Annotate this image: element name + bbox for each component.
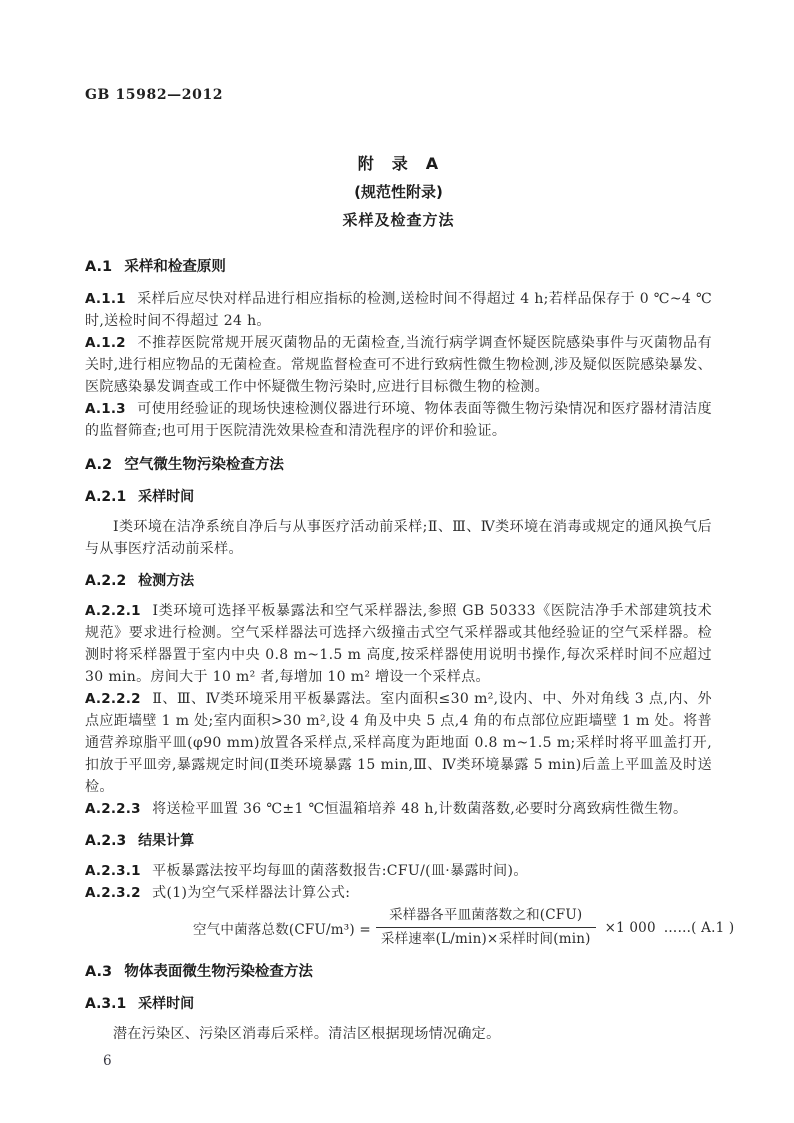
- heading-a2-1-number: A.2.1: [85, 489, 126, 505]
- heading-a3-1-number: A.3.1: [85, 996, 126, 1012]
- clause-a2-3-1-text: 平板暴露法按平均每皿的菌落数报告:CFU/(皿·暴露时间)。: [152, 863, 528, 879]
- clause-a2-2-3-text: 将送检平皿置 36 ℃±1 ℃恒温箱培养 48 h,计数菌落数,必要时分离致病性…: [152, 801, 687, 817]
- heading-a1: A.1采样和检查原则: [85, 256, 712, 278]
- paragraph-a2-1-body: Ⅰ类环境在洁净系统自净后与从事医疗活动前采样;Ⅱ、Ⅲ、Ⅳ类环境在消毒或规定的通风…: [85, 516, 712, 560]
- formula-numerator: 采样器各平皿菌落数之和(CFU): [376, 906, 596, 928]
- clause-a2-2-1-number: A.2.2.1: [85, 603, 141, 619]
- clause-a2-3-2-number: A.2.3.2: [85, 885, 141, 901]
- formula-multiplier: ×1 000: [605, 920, 656, 936]
- clause-a1-1: A.1.1采样后应尽快对样品进行相应指标的检测,送检时间不得超过 4 h;若样品…: [85, 288, 712, 332]
- heading-a2: A.2空气微生物污染检查方法: [85, 454, 712, 476]
- standard-number: GB 15982—2012: [85, 86, 712, 104]
- clause-a2-2-3: A.2.2.3将送检平皿置 36 ℃±1 ℃恒温箱培养 48 h,计数菌落数,必…: [85, 798, 712, 820]
- clause-a1-1-number: A.1.1: [85, 291, 126, 307]
- heading-a2-2: A.2.2检测方法: [85, 570, 712, 592]
- heading-a2-2-number: A.2.2: [85, 573, 126, 589]
- clause-a2-2-2-number: A.2.2.2: [85, 691, 141, 707]
- page-number: 6: [103, 1053, 712, 1069]
- appendix-subtitle: (规范性附录): [85, 178, 712, 206]
- clause-a2-2-3-number: A.2.2.3: [85, 801, 141, 817]
- clause-a2-2-1: A.2.2.1Ⅰ类环境可选择平板暴露法和空气采样器法,参照 GB 50333《医…: [85, 600, 712, 688]
- clause-a2-3-2: A.2.3.2式(1)为空气采样器法计算公式:: [85, 882, 712, 904]
- appendix-name: 采样及检查方法: [85, 206, 712, 234]
- formula-lhs: 空气中菌落总数(CFU/m³) =: [193, 918, 371, 938]
- clause-a1-2-number: A.1.2: [85, 335, 126, 351]
- clause-a1-3-number: A.1.3: [85, 401, 126, 417]
- heading-a2-3: A.2.3结果计算: [85, 830, 712, 852]
- heading-a1-number: A.1: [85, 259, 112, 275]
- heading-a3-title: 物体表面微生物污染检查方法: [124, 964, 313, 980]
- formula-denominator: 采样速率(L/min)×采样时间(min): [376, 928, 596, 949]
- heading-a3-1-title: 采样时间: [138, 996, 194, 1012]
- formula-equation-label: ……( A.1 ): [664, 920, 735, 936]
- clause-a2-2-2: A.2.2.2Ⅱ、Ⅲ、Ⅳ类环境采用平板暴露法。室内面积≤30 m²,设内、中、外…: [85, 688, 712, 798]
- heading-a2-2-title: 检测方法: [138, 573, 194, 589]
- heading-a2-1: A.2.1采样时间: [85, 486, 712, 508]
- heading-a2-1-title: 采样时间: [138, 489, 194, 505]
- paragraph-a3-1-body: 潜在污染区、污染区消毒后采样。清洁区根据现场情况确定。: [85, 1023, 712, 1045]
- formula-a1-equation: 空气中菌落总数(CFU/m³) = 采样器各平皿菌落数之和(CFU) 采样速率(…: [85, 906, 712, 949]
- heading-a2-3-number: A.2.3: [85, 833, 126, 849]
- clause-a2-2-2-text: Ⅱ、Ⅲ、Ⅳ类环境采用平板暴露法。室内面积≤30 m²,设内、中、外对角线 3 点…: [85, 691, 712, 795]
- heading-a3: A.3物体表面微生物污染检查方法: [85, 961, 712, 983]
- clause-a2-3-1: A.2.3.1平板暴露法按平均每皿的菌落数报告:CFU/(皿·暴露时间)。: [85, 860, 712, 882]
- clause-a2-3-1-number: A.2.3.1: [85, 863, 141, 879]
- document-page: GB 15982—2012 附 录 A (规范性附录) 采样及检查方法 A.1采…: [0, 0, 794, 1123]
- clause-a2-2-1-text: Ⅰ类环境可选择平板暴露法和空气采样器法,参照 GB 50333《医院洁净手术部建…: [85, 603, 712, 685]
- heading-a1-title: 采样和检查原则: [124, 259, 226, 275]
- heading-a2-number: A.2: [85, 457, 112, 473]
- appendix-title-block: 附 录 A (规范性附录) 采样及检查方法: [85, 150, 712, 234]
- clause-a1-3-text: 可使用经验证的现场快速检测仪器进行环境、物体表面等微生物污染情况和医疗器材清洁度…: [85, 401, 712, 439]
- heading-a2-title: 空气微生物污染检查方法: [124, 457, 284, 473]
- clause-a1-2-text: 不推荐医院常规开展灭菌物品的无菌检查,当流行病学调查怀疑医院感染事件与灭菌物品有…: [85, 335, 712, 395]
- formula-fraction: 采样器各平皿菌落数之和(CFU) 采样速率(L/min)×采样时间(min): [376, 906, 596, 949]
- appendix-title: 附 录 A: [85, 150, 712, 178]
- heading-a3-number: A.3: [85, 964, 112, 980]
- heading-a3-1: A.3.1采样时间: [85, 993, 712, 1015]
- clause-a2-3-2-text: 式(1)为空气采样器法计算公式:: [152, 885, 350, 901]
- clause-a1-3: A.1.3可使用经验证的现场快速检测仪器进行环境、物体表面等微生物污染情况和医疗…: [85, 398, 712, 442]
- clause-a1-1-text: 采样后应尽快对样品进行相应指标的检测,送检时间不得超过 4 h;若样品保存于 0…: [85, 291, 712, 329]
- heading-a2-3-title: 结果计算: [138, 833, 194, 849]
- clause-a1-2: A.1.2不推荐医院常规开展灭菌物品的无菌检查,当流行病学调查怀疑医院感染事件与…: [85, 332, 712, 398]
